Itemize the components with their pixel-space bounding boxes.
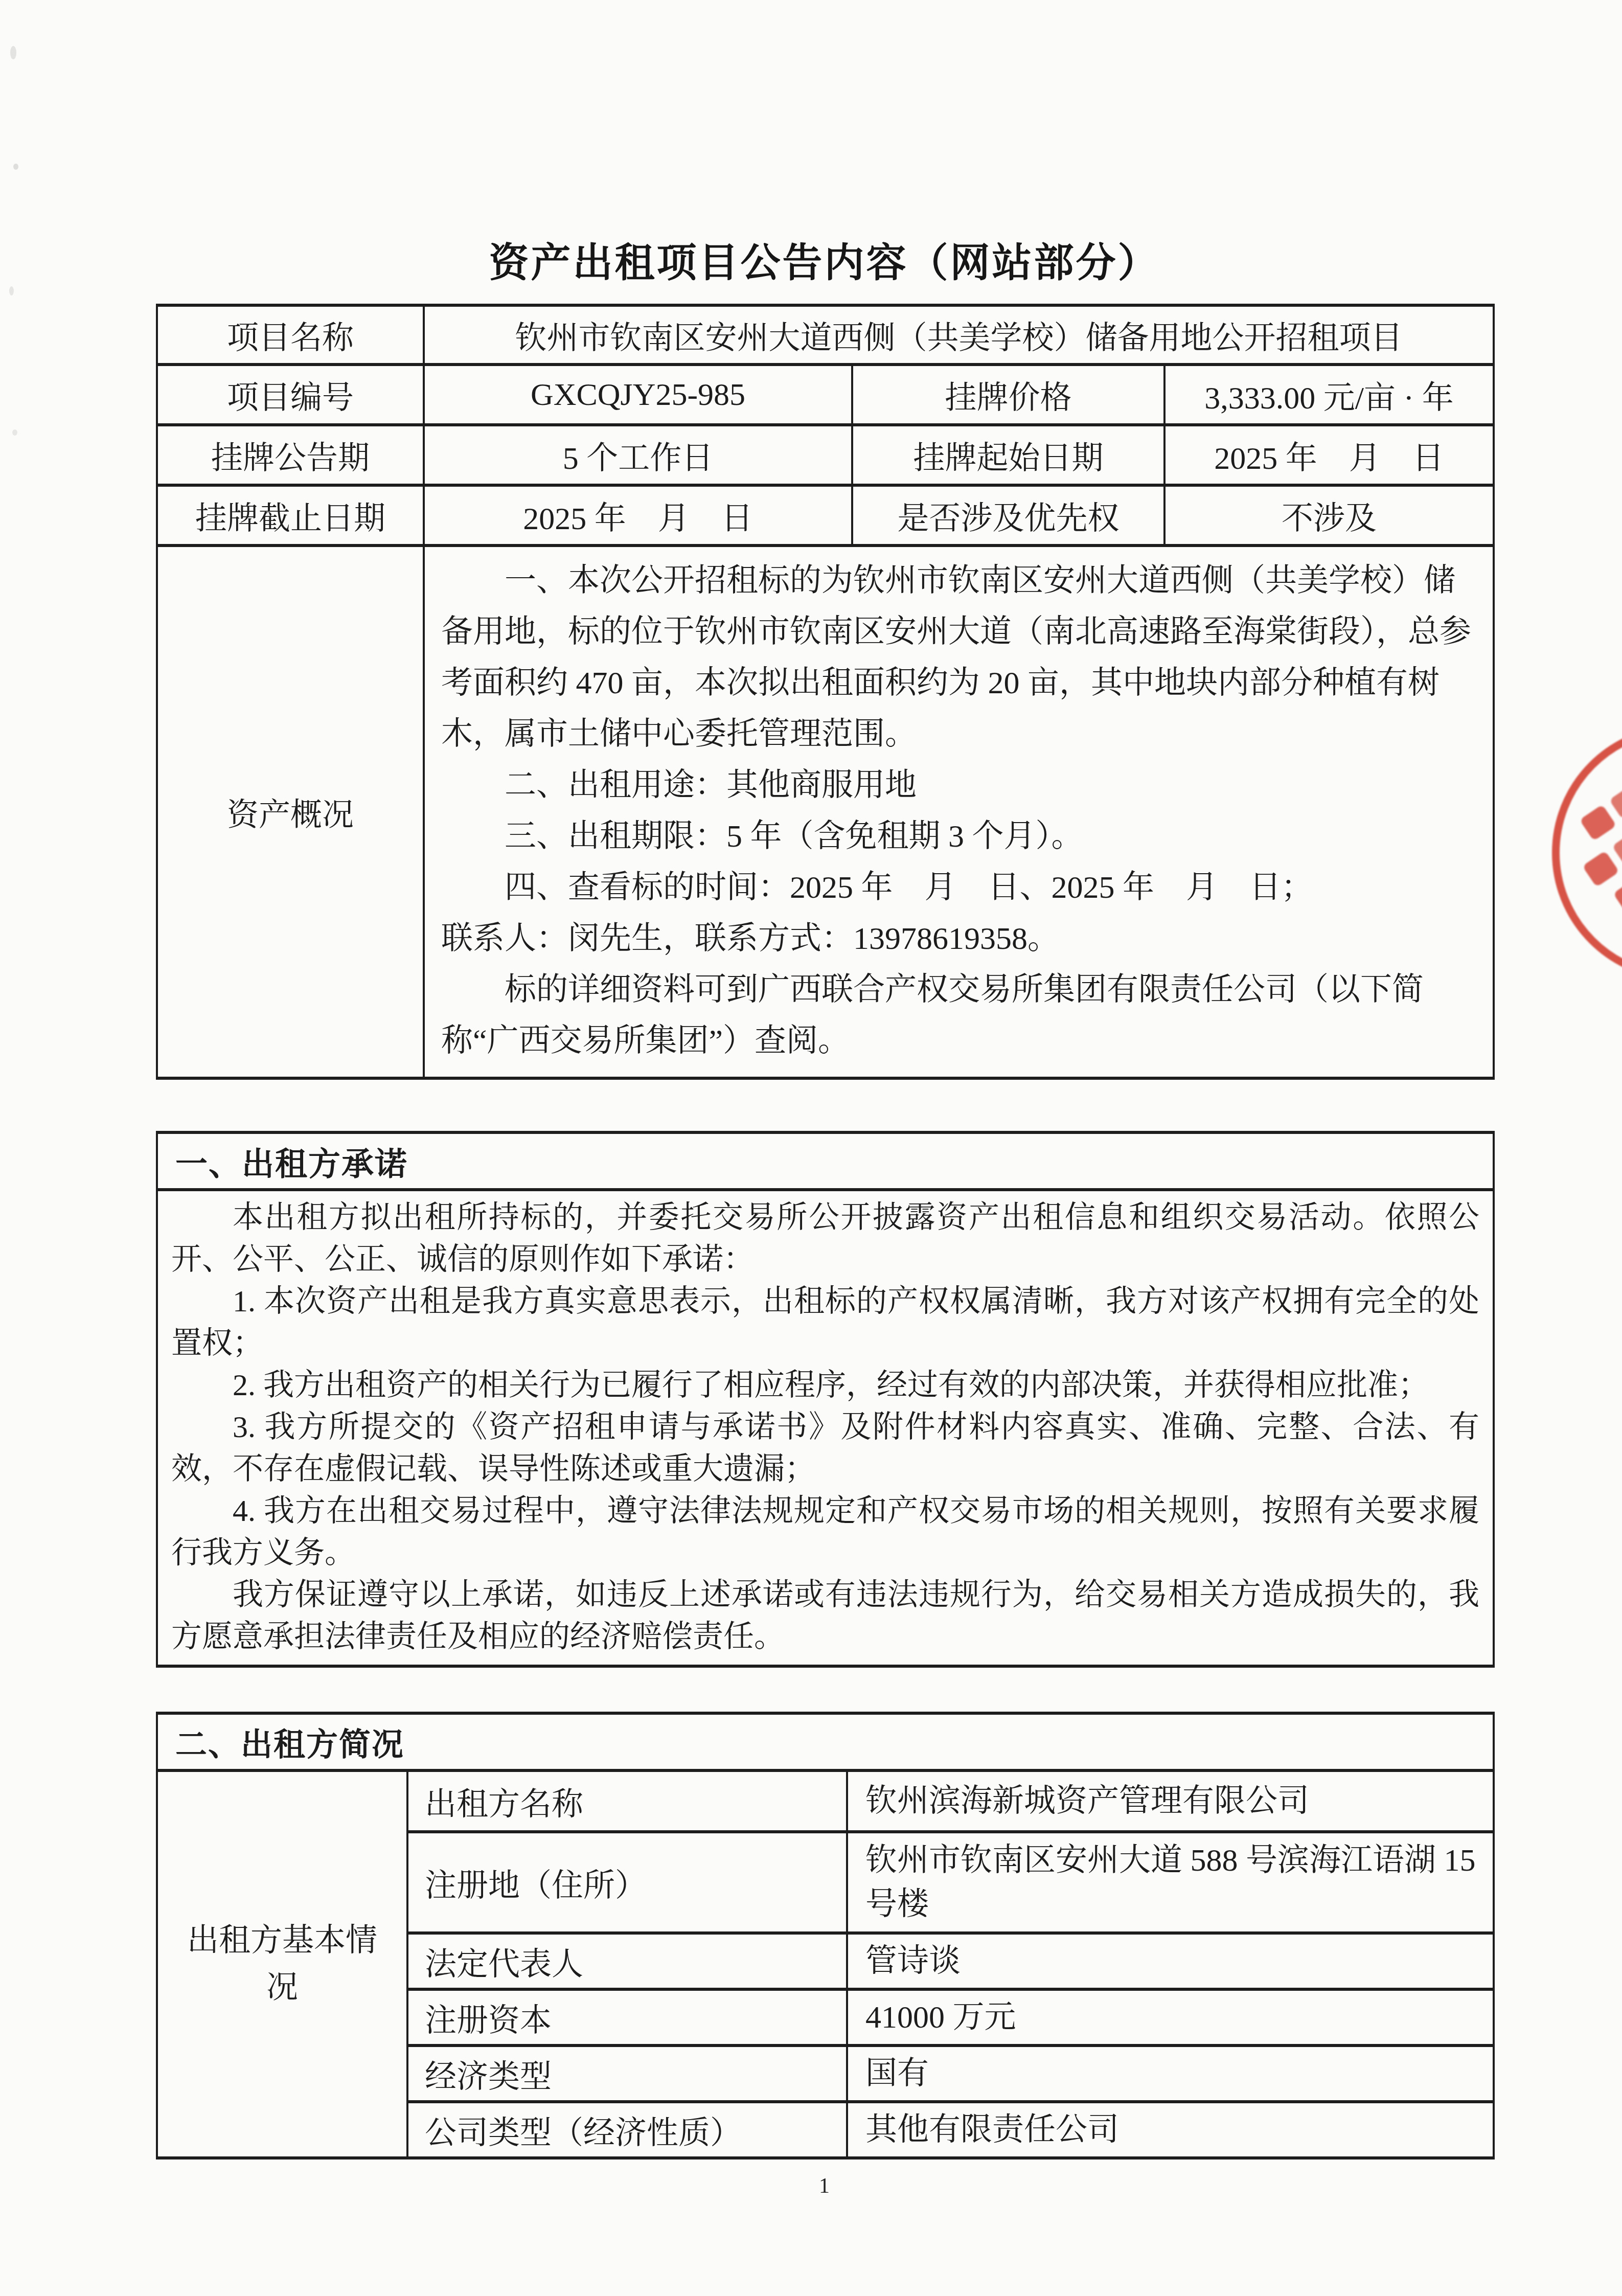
row-project-name: 项目名称 钦州市钦南区安州大道西侧（共美学校）储备用地公开招租项目 (157, 305, 1494, 365)
table-row: 出租方基本情况 出租方名称 钦州滨海新城资产管理有限公司 (157, 1770, 1494, 1832)
legal-representative-value: 管诗谈 (847, 1933, 1494, 1989)
company-type-value: 其他有限责任公司 (847, 2102, 1494, 2158)
lessor-group-label: 出租方基本情况 (157, 1770, 407, 2158)
lessor-profile-table: 二、出租方简况 出租方基本情况 出租方名称 钦州滨海新城资产管理有限公司 注册地… (156, 1712, 1495, 2159)
asset-overview-label: 资产概况 (157, 545, 424, 1078)
commitment-heading-row: 一、出租方承诺 (157, 1132, 1494, 1190)
commitment-paragraph-2: 1. 本次资产出租是我方真实意思表示，出租标的产权权属清晰，我方对该产权拥有完全… (171, 1280, 1479, 1364)
listing-end-date-value: 2025 年 月 日 (424, 485, 852, 545)
row-listing-period: 挂牌公告期 5 个工作日 挂牌起始日期 2025 年 月 日 (157, 425, 1494, 485)
priority-right-label: 是否涉及优先权 (852, 485, 1164, 545)
listing-price-value: 3,333.00 元/亩 · 年 (1164, 365, 1494, 425)
registered-address-value: 钦州市钦南区安州大道 588 号滨海江语湖 15 号楼 (847, 1832, 1494, 1933)
asset-overview-content: 一、本次公开招租标的为钦州市钦南区安州大道西侧（共美学校）储备用地，标的位于钦州… (424, 545, 1494, 1078)
project-info-table: 项目名称 钦州市钦南区安州大道西侧（共美学校）储备用地公开招租项目 项目编号 G… (156, 304, 1495, 1080)
listing-end-date-label: 挂牌截止日期 (157, 485, 424, 545)
listing-period-label: 挂牌公告期 (157, 425, 424, 485)
overview-paragraph-5: 标的详细资料可到广西联合产权交易所集团有限责任公司（以下简称“广西交易所集团”）… (441, 964, 1476, 1066)
company-type-label: 公司类型（经济性质） (407, 2102, 847, 2158)
commitment-paragraph-4: 3. 我方所提交的《资产招租申请与承诺书》及附件材料内容真实、准确、完整、合法、… (171, 1406, 1479, 1490)
lessor-name-value: 钦州滨海新城资产管理有限公司 (847, 1770, 1494, 1832)
official-seal-stamp (1552, 725, 1622, 981)
overview-paragraph-1: 一、本次公开招租标的为钦州市钦南区安州大道西侧（共美学校）储备用地，标的位于钦州… (441, 555, 1476, 760)
overview-paragraph-4: 四、查看标的时间：2025 年 月 日、2025 年 月 日； (441, 862, 1476, 913)
commitment-heading: 一、出租方承诺 (157, 1132, 1494, 1190)
scan-speck (13, 164, 18, 170)
page-title: 资产出租项目公告内容（网站部分） (156, 231, 1493, 288)
lessor-commitment-table: 一、出租方承诺 本出租方拟出租所持标的，并委托交易所公开披露资产出租信息和组织交… (156, 1131, 1495, 1668)
project-number-label: 项目编号 (157, 365, 424, 425)
listing-period-value: 5 个工作日 (424, 425, 852, 485)
scan-speck (12, 429, 17, 436)
scan-speck (10, 46, 16, 59)
project-number-value: GXCQJY25-985 (424, 365, 852, 425)
lessor-name-label: 出租方名称 (407, 1770, 847, 1832)
listing-price-label: 挂牌价格 (852, 365, 1164, 425)
scanned-document-page: 资产出租项目公告内容（网站部分） 项目名称 钦州市钦南区安州大道西侧（共美学校）… (0, 0, 1622, 2296)
row-project-number: 项目编号 GXCQJY25-985 挂牌价格 3,333.00 元/亩 · 年 (157, 365, 1494, 425)
overview-paragraph-2: 二、出租用途：其他商服用地 (441, 760, 1476, 811)
registered-capital-label: 注册资本 (407, 1989, 847, 2045)
overview-paragraph-3: 三、出租期限：5 年（含免租期 3 个月）。 (441, 811, 1476, 862)
row-asset-overview: 资产概况 一、本次公开招租标的为钦州市钦南区安州大道西侧（共美学校）储备用地，标… (157, 545, 1494, 1078)
lessor-heading-row: 二、出租方简况 (157, 1713, 1494, 1770)
listing-start-date-value: 2025 年 月 日 (1164, 425, 1494, 485)
registered-capital-value: 41000 万元 (847, 1989, 1494, 2045)
row-listing-end-date: 挂牌截止日期 2025 年 月 日 是否涉及优先权 不涉及 (157, 485, 1494, 545)
overview-paragraph-4b: 联系人：闵先生，联系方式：13978619358。 (441, 913, 1476, 964)
registered-address-label: 注册地（住所） (407, 1832, 847, 1933)
commitment-paragraph-5: 4. 我方在出租交易过程中，遵守法律法规规定和产权交易市场的相关规则，按照有关要… (171, 1490, 1479, 1574)
commitment-paragraph-3: 2. 我方出租资产的相关行为已履行了相应程序，经过有效的内部决策，并获得相应批准… (171, 1364, 1479, 1406)
project-name-value: 钦州市钦南区安州大道西侧（共美学校）储备用地公开招租项目 (424, 305, 1494, 365)
page-number: 1 (156, 2174, 1493, 2198)
economic-type-label: 经济类型 (407, 2045, 847, 2102)
economic-type-value: 国有 (847, 2045, 1494, 2102)
commitment-paragraph-1: 本出租方拟出租所持标的，并委托交易所公开披露资产出租信息和组织交易活动。依照公开… (171, 1196, 1479, 1280)
commitment-body: 本出租方拟出租所持标的，并委托交易所公开披露资产出租信息和组织交易活动。依照公开… (157, 1190, 1494, 1666)
priority-right-value: 不涉及 (1164, 485, 1494, 545)
project-name-label: 项目名称 (157, 305, 424, 365)
commitment-paragraph-6: 我方保证遵守以上承诺，如违反上述承诺或有违法违规行为，给交易相关方造成损失的，我… (171, 1574, 1479, 1657)
scan-speck (9, 286, 14, 295)
legal-representative-label: 法定代表人 (407, 1933, 847, 1989)
lessor-heading: 二、出租方简况 (157, 1713, 1494, 1770)
listing-start-date-label: 挂牌起始日期 (852, 425, 1164, 485)
commitment-body-row: 本出租方拟出租所持标的，并委托交易所公开披露资产出租信息和组织交易活动。依照公开… (157, 1190, 1494, 1666)
